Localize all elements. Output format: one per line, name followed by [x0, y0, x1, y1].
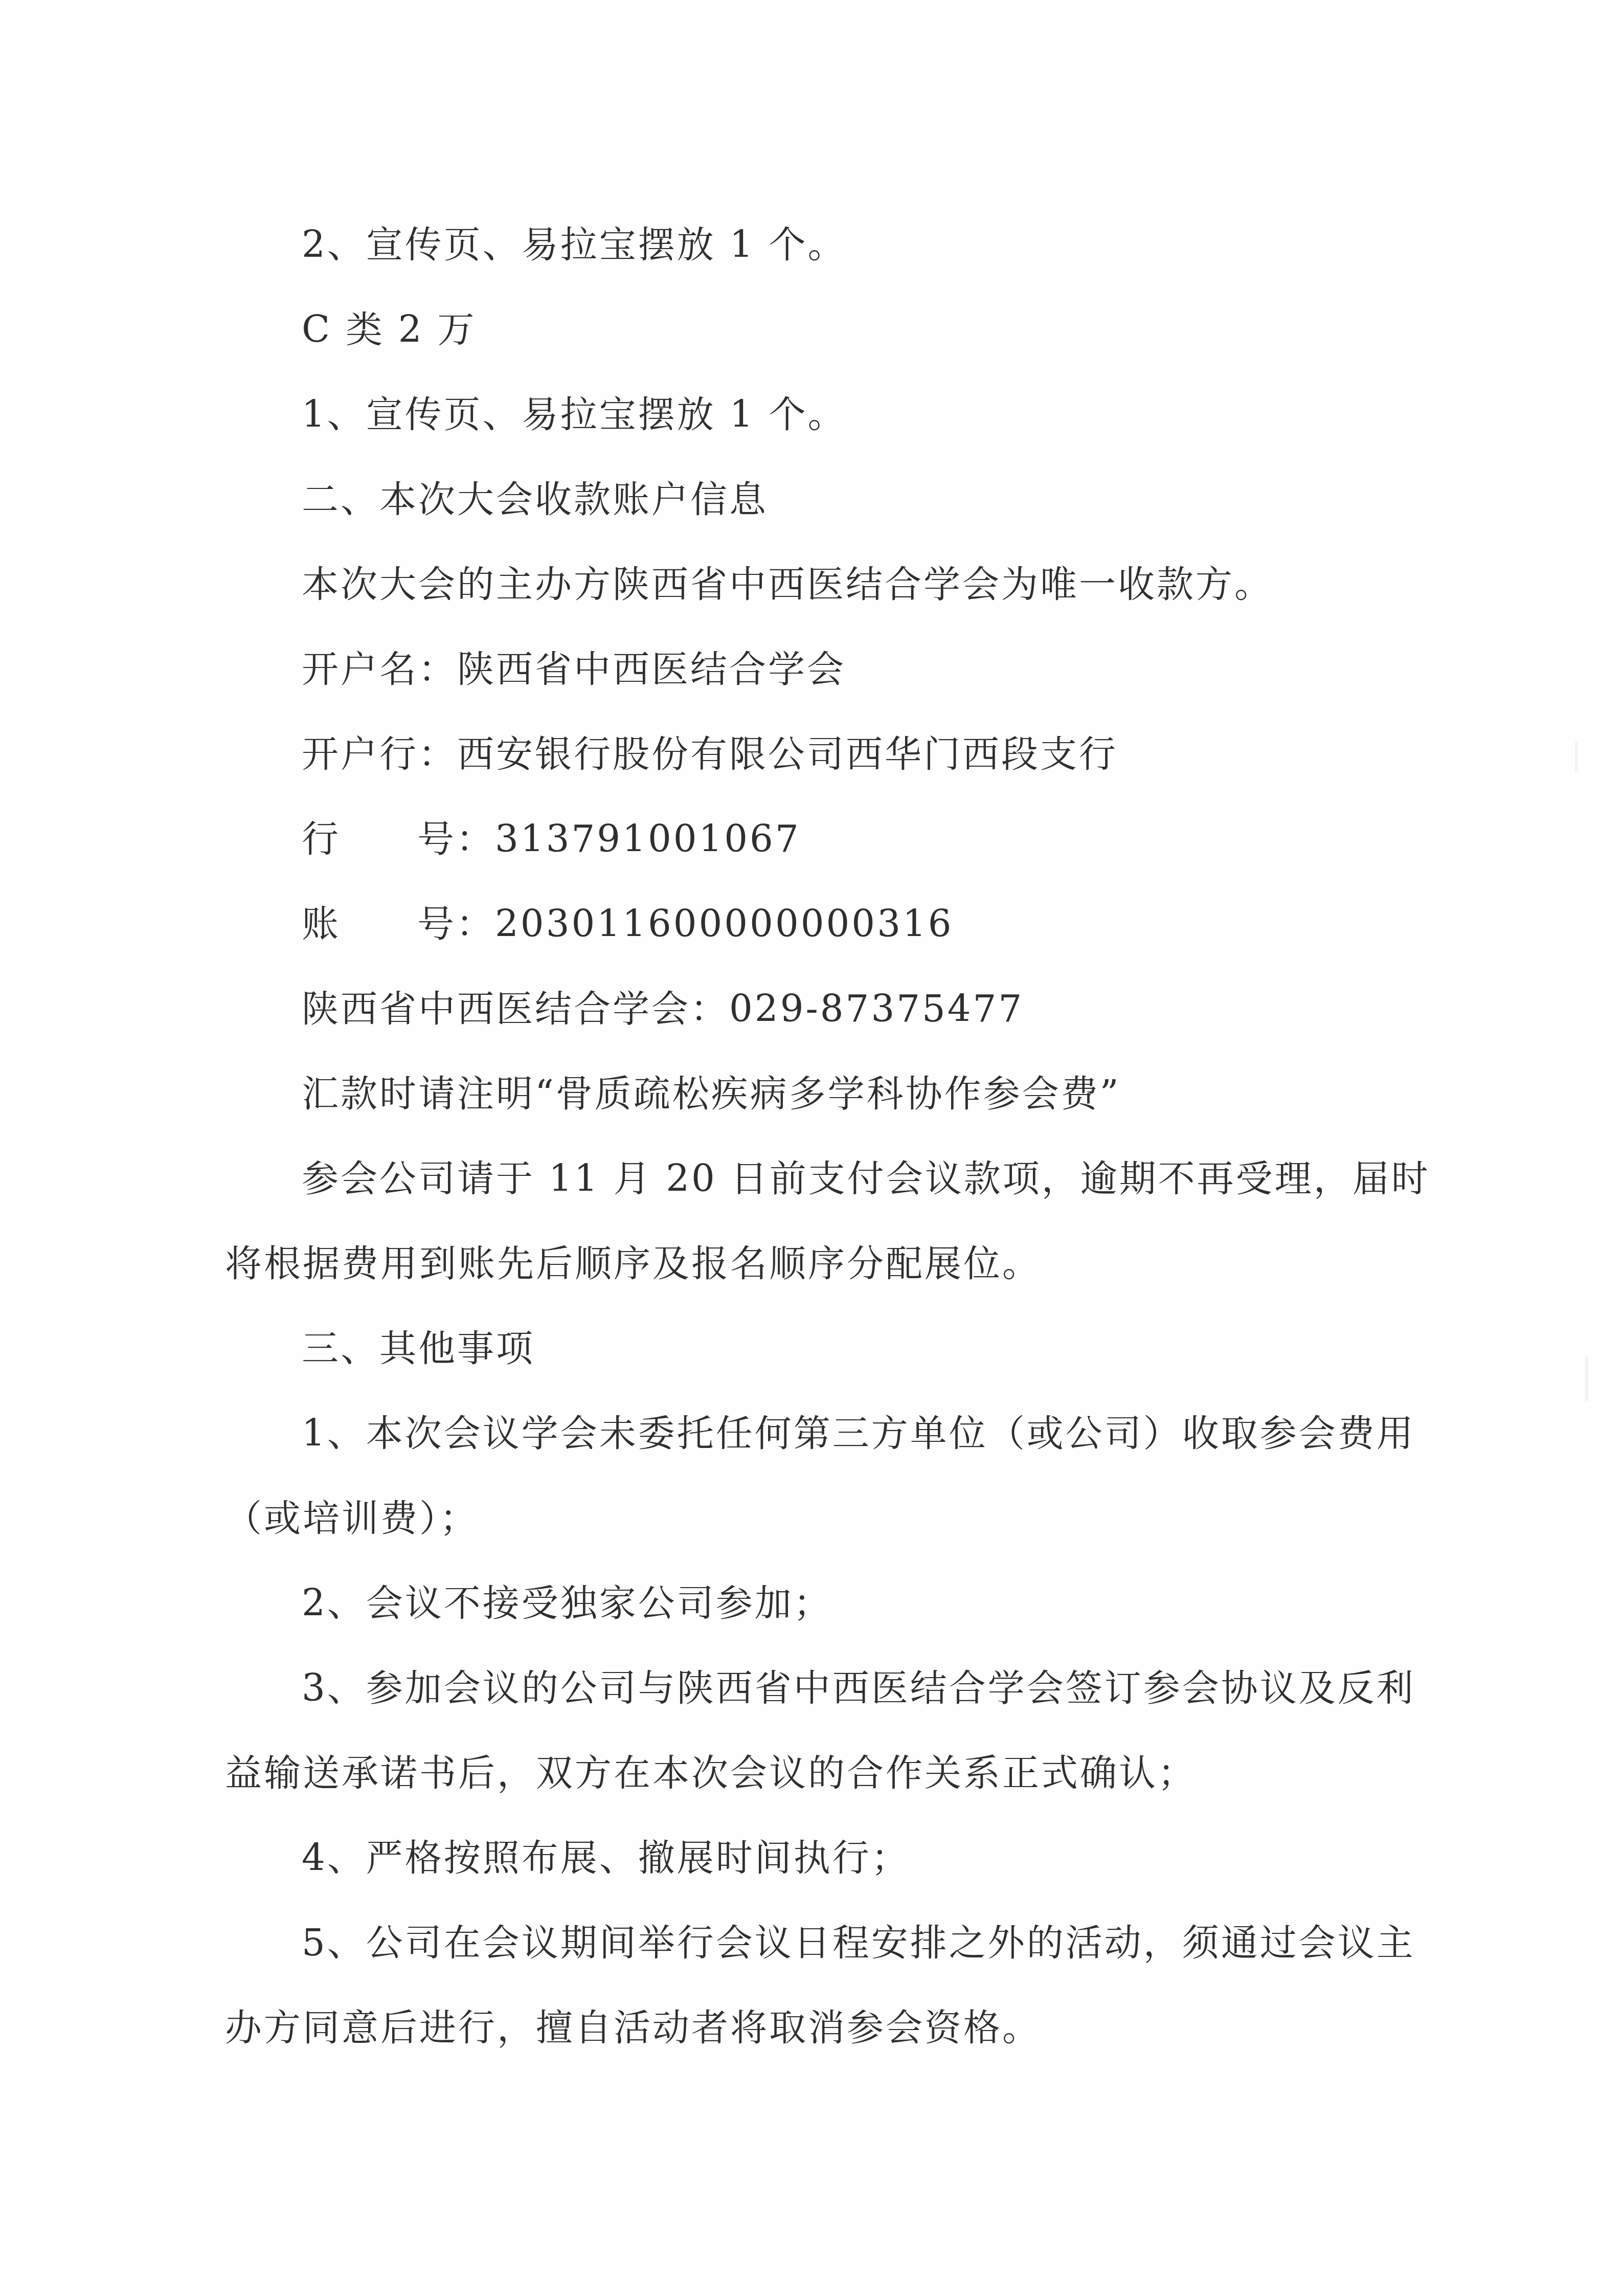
- bank-code-row: 行号：313791001067: [225, 808, 1370, 893]
- scan-artifact: [1575, 742, 1578, 772]
- account-number-row: 账号：203011600000000316: [225, 893, 1370, 978]
- bank-row: 开户行：西安银行股份有限公司西华门西段支行: [225, 723, 1370, 808]
- remittance-note: 汇款时请注明“骨质疏松疾病多学科协作参会费”: [225, 1063, 1370, 1148]
- bank-label: 开户行：: [302, 732, 457, 775]
- other-item-4: 4、严格按照布展、撤展时间执行；: [225, 1827, 1370, 1912]
- other-item-3-line-2: 益输送承诺书后，双方在本次会议的合作关系正式确认；: [225, 1742, 1370, 1827]
- document-body: 2、宣传页、易拉宝摆放 1 个。 C 类 2 万 1、宣传页、易拉宝摆放 1 个…: [225, 214, 1370, 2082]
- account-name-value: 陕西省中西医结合学会: [457, 648, 846, 690]
- c-class-heading: C 类 2 万: [225, 299, 1370, 384]
- other-item-2: 2、会议不接受独家公司参加；: [225, 1572, 1370, 1657]
- phone-value: 029-87375477: [729, 987, 1024, 1030]
- c-class-item-1: 1、宣传页、易拉宝摆放 1 个。: [225, 384, 1370, 469]
- other-item-1-line-2: （或培训费）；: [225, 1487, 1370, 1572]
- account-number-label-2: 号：: [417, 902, 495, 945]
- account-number-value: 203011600000000316: [495, 902, 954, 945]
- account-number-label-1: 账: [302, 902, 341, 945]
- phone-row: 陕西省中西医结合学会：029-87375477: [225, 978, 1370, 1063]
- bank-code-label-1: 行: [302, 817, 341, 860]
- deadline-note-line-1: 参会公司请于 11 月 20 日前支付会议款项，逾期不再受理，届时: [225, 1148, 1370, 1233]
- deadline-note-line-2: 将根据费用到账先后顺序及报名顺序分配展位。: [225, 1233, 1370, 1318]
- other-item-3-line-1: 3、参加会议的公司与陕西省中西医结合学会签订参会协议及反利: [225, 1657, 1370, 1742]
- bank-code-label-2: 号：: [417, 817, 495, 860]
- bank-code-value: 313791001067: [495, 817, 801, 860]
- other-item-1-line-1: 1、本次会议学会未委托任何第三方单位（或公司）收取参会费用: [225, 1402, 1370, 1487]
- bank-value: 西安银行股份有限公司西华门西段支行: [457, 732, 1118, 775]
- phone-label: 陕西省中西医结合学会：: [302, 987, 729, 1030]
- payee-note: 本次大会的主办方陕西省中西医结合学会为唯一收款方。: [225, 553, 1370, 638]
- section-3-heading: 三、其他事项: [225, 1318, 1370, 1402]
- section-2-heading: 二、本次大会收款账户信息: [225, 469, 1370, 553]
- document-page: 2、宣传页、易拉宝摆放 1 个。 C 类 2 万 1、宣传页、易拉宝摆放 1 个…: [0, 0, 1623, 2296]
- account-name-row: 开户名：陕西省中西医结合学会: [225, 638, 1370, 723]
- other-item-5-line-1: 5、公司在会议期间举行会议日程安排之外的活动，须通过会议主: [225, 1912, 1370, 1997]
- a-class-item-2: 2、宣传页、易拉宝摆放 1 个。: [225, 214, 1370, 299]
- other-item-5-line-2: 办方同意后进行，擅自活动者将取消参会资格。: [225, 1997, 1370, 2082]
- scan-artifact: [1585, 1355, 1588, 1401]
- account-name-label: 开户名：: [302, 648, 457, 690]
